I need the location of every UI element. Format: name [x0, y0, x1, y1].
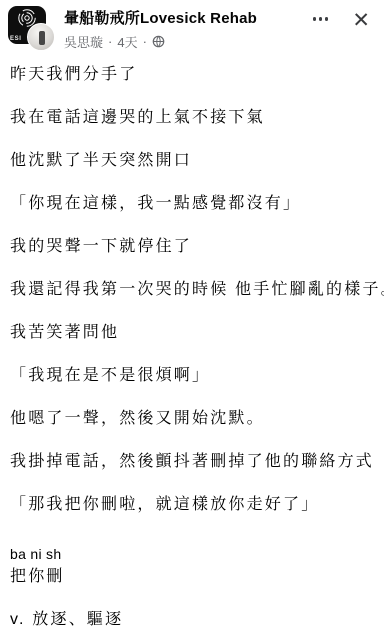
- post-line: 我在電話這邊哭的上氣不接下氣: [10, 109, 374, 126]
- post-body: 昨天我們分手了 我在電話這邊哭的上氣不接下氣 他沈默了半天突然開口 「你現在這樣…: [0, 53, 384, 628]
- page-title[interactable]: 暈船勒戒所Lovesick Rehab: [64, 7, 311, 28]
- avatar[interactable]: ESI: [8, 4, 55, 53]
- globe-icon: [152, 35, 165, 48]
- close-button[interactable]: ✕: [350, 11, 372, 30]
- post-line: 把你刪: [10, 568, 374, 585]
- separator-dot: ·: [108, 34, 112, 49]
- post-line-pinyin: ba ni sh: [10, 546, 374, 563]
- post-header: ESI 暈船勒戒所Lovesick Rehab 吳思璇 · 4天 · ✕: [0, 0, 384, 53]
- post-line: 他嗯了一聲，然後又開始沈默。: [10, 410, 374, 427]
- avatar-badge-text: ESI: [10, 36, 21, 42]
- post-line: 「我現在是不是很煩啊」: [10, 367, 374, 384]
- post-line: 「那我把你刪啦，就這樣放你走好了」: [10, 496, 374, 513]
- author-photo: [27, 23, 55, 51]
- post-timestamp: 4天: [117, 32, 137, 51]
- post-line: 我還記得我第一次哭的時候 他手忙腳亂的樣子。: [10, 281, 374, 298]
- post-line: 他沈默了半天突然開口: [10, 152, 374, 169]
- more-button[interactable]: [311, 11, 331, 27]
- post-line: 昨天我們分手了: [10, 66, 374, 83]
- header-text: 暈船勒戒所Lovesick Rehab 吳思璇 · 4天 ·: [55, 4, 311, 51]
- post-line-definition: v. 放逐、驅逐: [10, 611, 374, 628]
- post-line: 我掛掉電話，然後顫抖著刪掉了他的聯絡方式: [10, 453, 374, 470]
- photo-subject: [39, 31, 45, 45]
- post-line: 我的哭聲一下就停住了: [10, 238, 374, 255]
- author-name[interactable]: 吳思璇: [64, 32, 103, 51]
- three-dots-icon: [313, 17, 317, 21]
- post-line: 我苦笑著問他: [10, 324, 374, 341]
- close-icon: ✕: [352, 8, 370, 32]
- post-meta: 吳思璇 · 4天 ·: [64, 32, 311, 51]
- post-line: 「你現在這樣，我一點感覺都沒有」: [10, 195, 374, 212]
- header-actions: ✕: [311, 4, 374, 30]
- separator-dot: ·: [143, 34, 147, 49]
